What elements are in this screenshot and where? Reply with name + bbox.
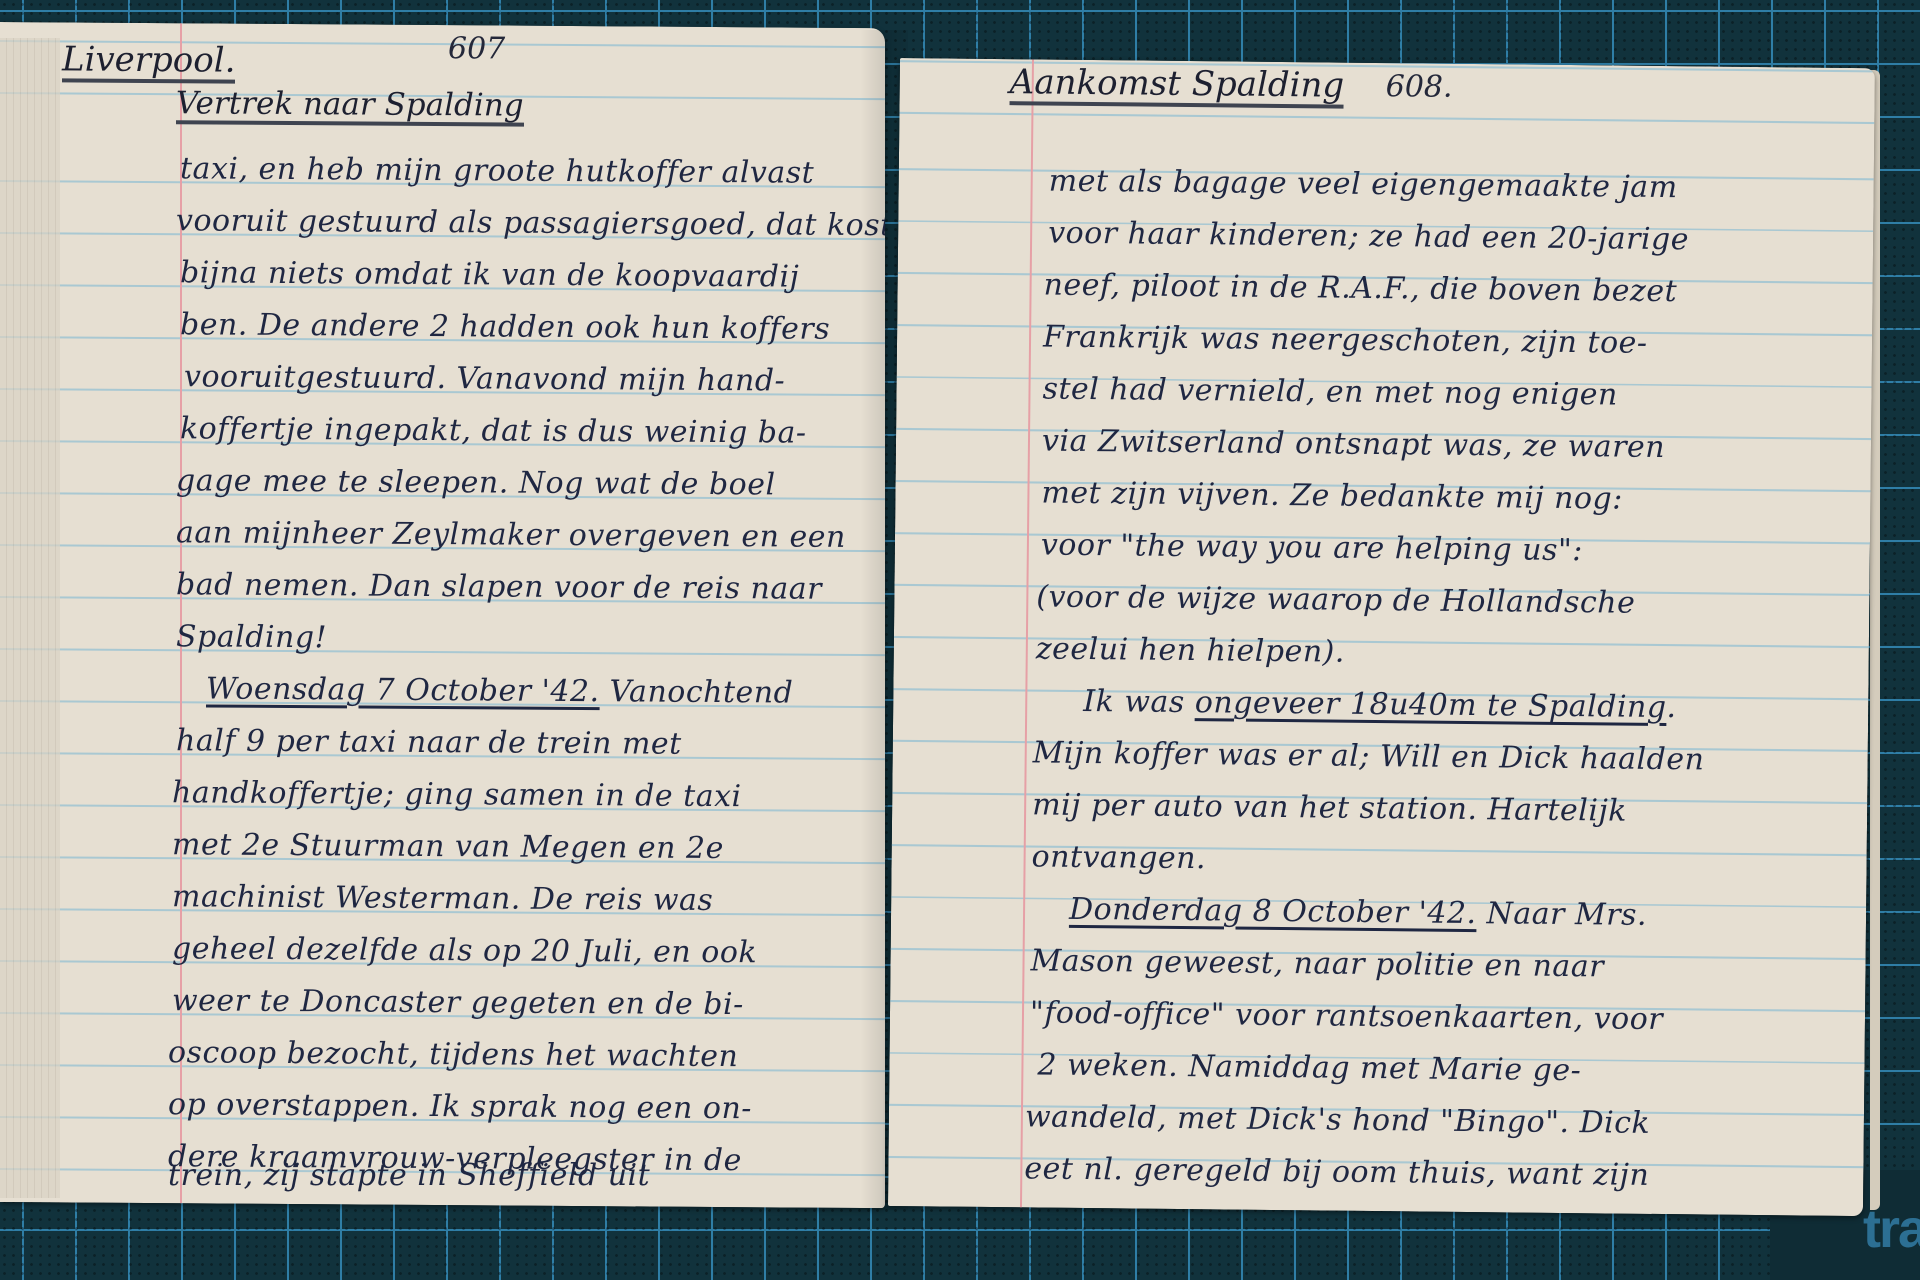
left-line-16: geheel dezelfde als op 20 Juli, en ook — [172, 931, 757, 970]
left-page-margin-line — [180, 23, 182, 1203]
right-page-heading-title: Aankomst Spalding — [1010, 65, 1345, 108]
right-line-6: via Zwitserland ontsnapt was, ze waren — [1042, 424, 1665, 466]
left-line-6: koffertje ingepakt, dat is dus weinig ba… — [180, 411, 807, 450]
right-page-margin-line — [1020, 59, 1034, 1207]
left-line-21: trein, zij stapte in Sheffield uit — [168, 1158, 650, 1193]
right-line-11-end: . — [1666, 690, 1676, 725]
left-line-19: op overstappen. Ik sprak nog een on- — [168, 1087, 752, 1126]
left-line-8: aan mijnheer Zeylmaker overgeven en een — [176, 515, 846, 555]
right-line-19: wandeld, met Dick's hond "Bingo". Dick — [1025, 1099, 1651, 1141]
left-line-11-rest: Vanochtend — [610, 674, 794, 710]
left-line-9: bad nemen. Dan slapen voor de reis naar — [176, 567, 822, 607]
right-line-13: mij per auto van het station. Hartelijk — [1032, 787, 1627, 828]
right-line-10: zeelui hen hielpen). — [1036, 631, 1345, 669]
right-line-11-start: Ik was — [1083, 684, 1195, 720]
right-line-20: eet nl. geregeld bij oom thuis, want zij… — [1024, 1151, 1649, 1193]
right-line-21: vrouw Eileen heeft bloeddruk en voet- — [1020, 1203, 1622, 1216]
right-line-15-date-entry: Donderdag 8 October '42. Naar Mrs. — [1069, 892, 1647, 933]
left-page: Liverpool. 607 Vertrek naar Spalding tax… — [0, 22, 885, 1208]
right-line-15-rest: Naar Mrs. — [1486, 896, 1647, 933]
left-line-14: met 2e Stuurman van Megen en 2e — [172, 827, 724, 866]
right-page-number: 608. — [1386, 69, 1453, 105]
left-line-4: ben. De andere 2 hadden ook hun koffers — [180, 307, 830, 347]
left-page-heading-title: Vertrek naar Spalding — [176, 87, 524, 126]
left-page-stack-edge — [0, 38, 60, 1198]
left-line-3: bijna niets omdat ik van de koopvaardij — [180, 255, 799, 294]
left-line-10: Spalding! — [176, 619, 327, 655]
right-line-4: Frankrijk was neergeschoten, zijn toe- — [1043, 320, 1648, 361]
left-line-12: half 9 per taxi naar de trein met — [176, 723, 682, 762]
arrival-time-phrase: ongeveer 18u40m te Spalding — [1195, 685, 1667, 725]
right-line-7: met zijn vijven. Ze bedankte mij nog: — [1041, 476, 1623, 517]
right-line-1: met als bagage veel eigengemaakte jam — [1049, 164, 1678, 206]
left-line-11-date-entry: Woensdag 7 October '42. Vanochtend — [206, 671, 793, 710]
left-line-18: oscoop bezocht, tijdens het wachten — [168, 1035, 738, 1074]
right-line-12: Mijn koffer was er al; Will en Dick haal… — [1033, 735, 1705, 777]
left-line-2: vooruit gestuurd als passagiersgoed, dat… — [176, 203, 885, 243]
right-line-14: ontvangen. — [1031, 839, 1206, 876]
left-line-5: vooruitgestuurd. Vanavond mijn hand- — [184, 359, 785, 398]
left-line-15: machinist Westerman. De reis was — [172, 879, 713, 918]
right-line-5: stel had vernield, en met nog enigen — [1042, 372, 1618, 413]
right-page: Aankomst Spalding 608. met als bagage ve… — [888, 58, 1875, 1216]
right-line-17: "food-office" voor rantsoenkaarten, voor — [1030, 995, 1663, 1037]
right-line-18: 2 weken. Namiddag met Marie ge- — [1037, 1047, 1581, 1088]
right-line-3: neef, piloot in de R.A.F., die boven bez… — [1043, 268, 1677, 310]
right-line-11-arrival: Ik was ongeveer 18u40m te Spalding. — [1083, 684, 1677, 725]
date-woensdag-7-october: Woensdag 7 October '42. — [206, 671, 600, 709]
right-line-2: voor haar kinderen; ze had een 20-jarige — [1048, 216, 1689, 258]
left-line-17: weer te Doncaster gegeten en de bi- — [172, 983, 744, 1022]
left-line-7: gage mee te sleepen. Nog wat de boel — [176, 463, 776, 502]
left-line-13: handkoffertje; ging samen in de taxi — [172, 775, 742, 814]
left-line-1: taxi, en heb mijn groote hutkoffer alvas… — [180, 151, 814, 190]
date-donderdag-8-october: Donderdag 8 October '42. — [1069, 892, 1477, 931]
right-line-8: voor "the way you are helping us": — [1041, 528, 1583, 569]
right-line-9: (voor de wijze waarop de Hollandsche — [1036, 579, 1635, 620]
left-page-number: 607 — [448, 31, 505, 66]
left-page-heading-place: Liverpool. — [62, 42, 235, 83]
right-line-16: Mason geweest, naar politie en naar — [1030, 943, 1604, 984]
